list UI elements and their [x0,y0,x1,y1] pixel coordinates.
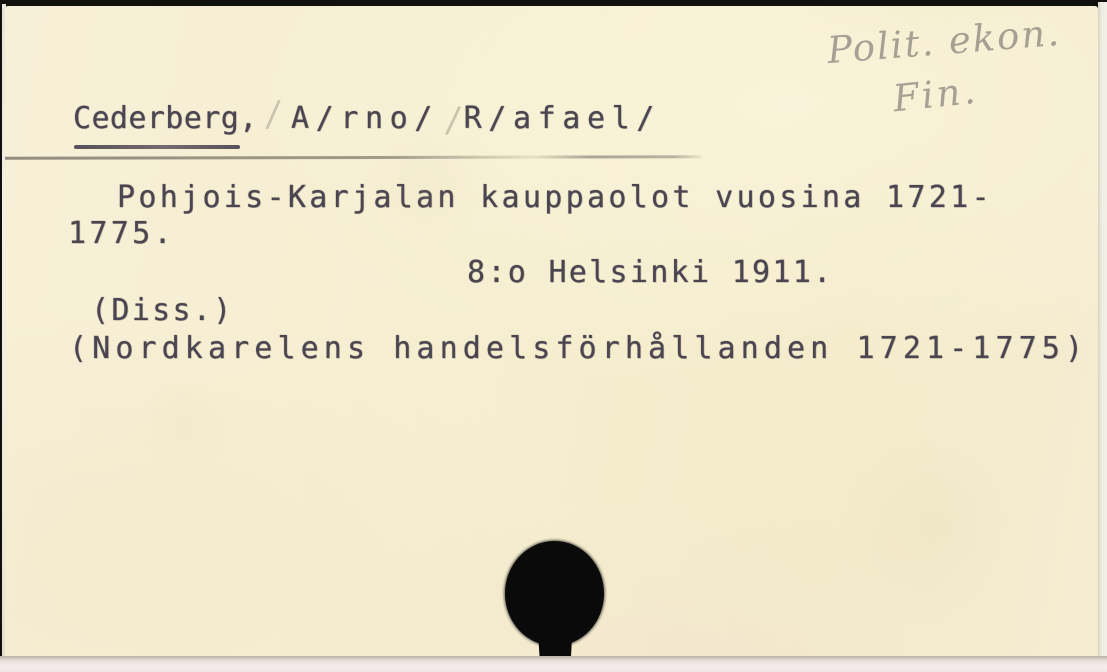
imprint-line: 8:o Helsinki 1911. [467,256,834,290]
title-line-1: Pohjois-Karjalan kauppaolot vuosina 1721… [117,181,993,215]
card-bottom-edge [0,656,1107,672]
surname-underline [74,145,240,149]
parallel-title-note: (Nordkarelens handelsförhållanden 1721-1… [69,332,1088,366]
classification-note-line2: Fin. [891,69,980,121]
classification-note-line1: Polit. ekon. [826,11,1063,72]
dissertation-note: (Diss.) [91,294,234,328]
card-right-edge [1098,2,1107,657]
hand-drawn-rule [5,155,701,159]
title-line-2: 1775. [68,217,175,251]
pencil-slash-mark: / [265,93,281,135]
author-forenames: A/rno/ R/afael/ [291,102,661,136]
scanned-catalog-card-photo: Polit. ekon. Fin. Cederberg, A/rno/ R/af… [0,0,1107,672]
author-surname: Cederberg, [73,102,258,136]
punch-hole [505,541,604,646]
